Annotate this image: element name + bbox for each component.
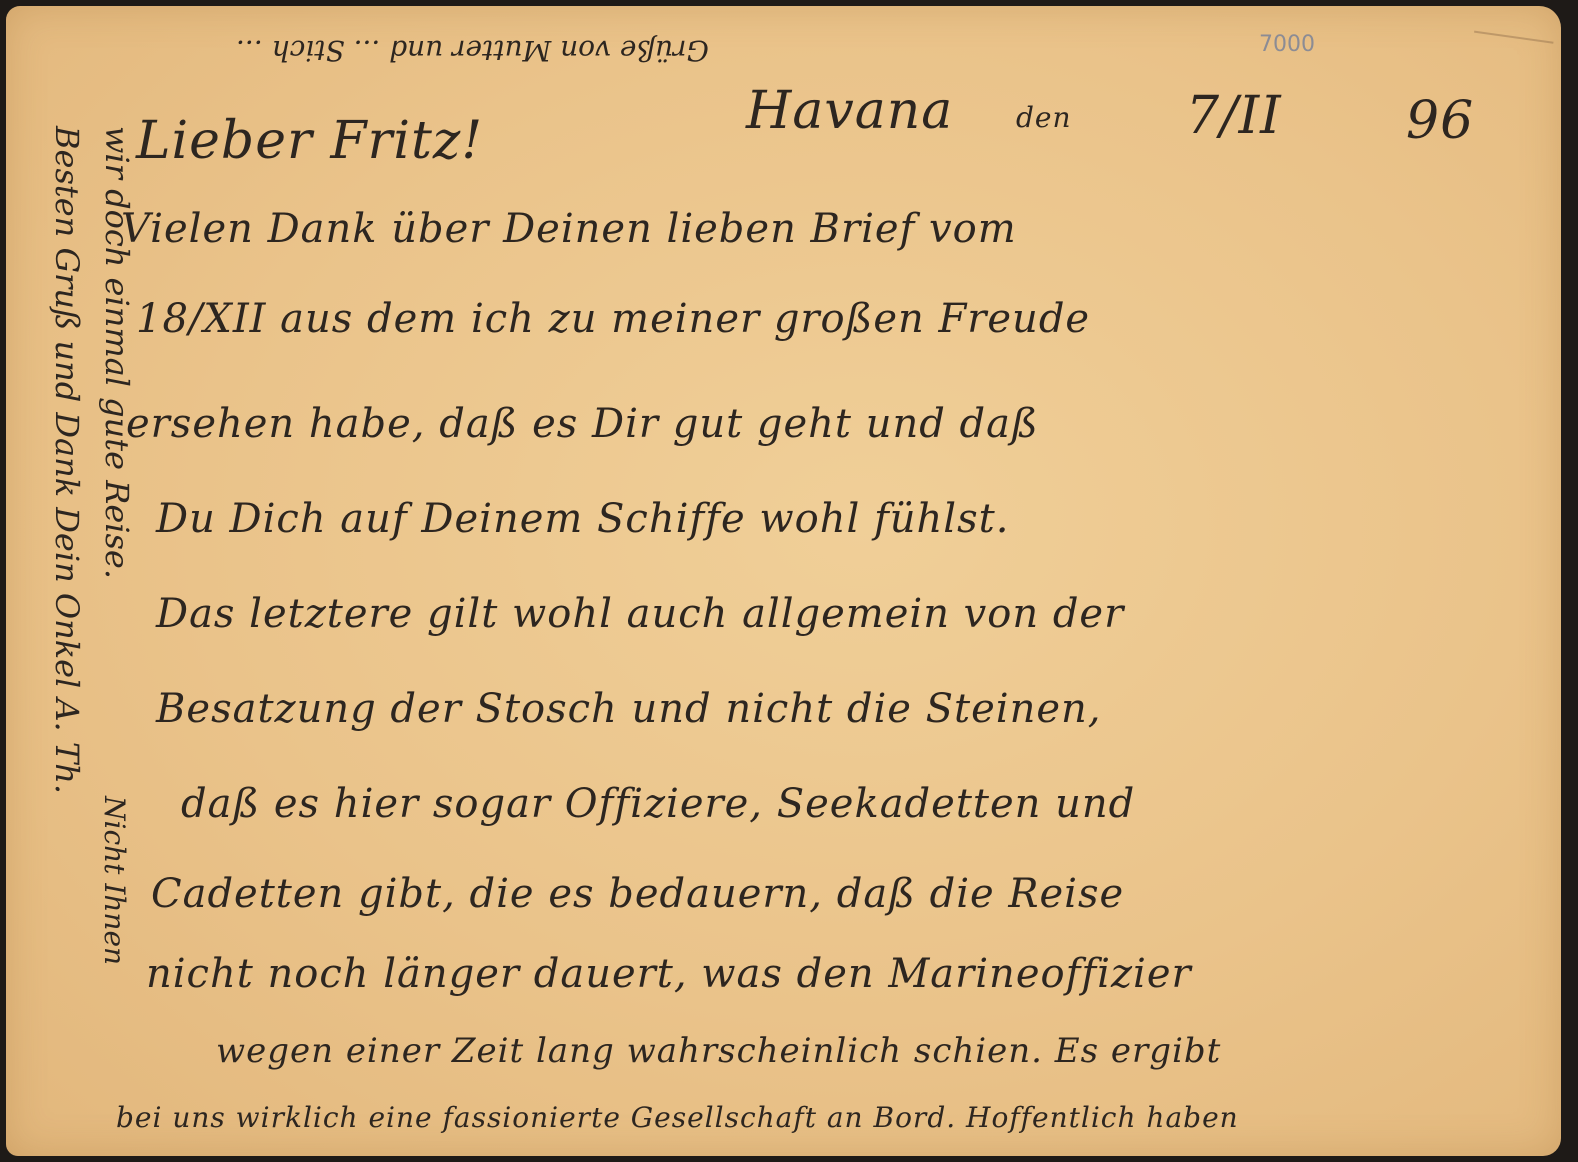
body-line-7: daß es hier sogar Offiziere, Seekadetten… bbox=[181, 781, 1135, 827]
body-line-5: Das letztere gilt wohl auch allgemein vo… bbox=[156, 591, 1124, 637]
body-line-1: Vielen Dank über Deinen lieben Brief vom bbox=[121, 206, 1017, 252]
body-line-9: nicht noch länger dauert, was den Marine… bbox=[146, 951, 1192, 997]
header-place: Havana bbox=[746, 81, 953, 141]
body-line-6: Besatzung der Stosch und nicht die Stein… bbox=[156, 686, 1102, 732]
body-line-3: ersehen habe, daß es Dir gut geht und da… bbox=[126, 401, 1039, 447]
header-den: den bbox=[1016, 101, 1072, 134]
postcard: 7000 Grüße von Mutter und ... Stich ... … bbox=[6, 6, 1561, 1156]
header-year: 96 bbox=[1406, 91, 1474, 151]
body-line-4: Du Dich auf Deinem Schiffe wohl fühlst. bbox=[156, 496, 1009, 542]
body-line-8: Cadetten gibt, die es bedauern, daß die … bbox=[151, 871, 1124, 917]
margin-note-3: Nicht Ihnen bbox=[98, 796, 131, 965]
margin-note-2: Besten Gruß und Dank Dein Onkel A. Th. bbox=[48, 126, 86, 794]
body-line-11: bei uns wirklich eine fassionierte Gesel… bbox=[116, 1101, 1239, 1134]
paper-crease bbox=[1468, 31, 1553, 84]
header-date: 7/II bbox=[1186, 86, 1282, 146]
body-line-2: 18/XII aus dem ich zu meiner großen Freu… bbox=[136, 296, 1090, 342]
body-line-10: wegen einer Zeit lang wahrscheinlich sch… bbox=[216, 1031, 1221, 1071]
salutation: Lieber Fritz! bbox=[136, 111, 483, 171]
upside-down-note: Grüße von Mutter und ... Stich ... bbox=[236, 34, 709, 67]
margin-note-1: wir doch einmal gute Reise. bbox=[98, 126, 136, 579]
archive-number: 7000 bbox=[1259, 32, 1315, 57]
